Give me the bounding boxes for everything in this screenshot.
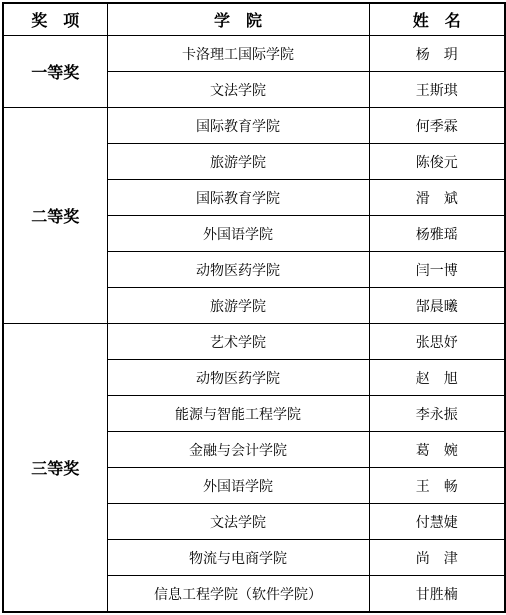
college-cell: 卡洛理工国际学院 bbox=[107, 36, 369, 72]
table-row: 三等奖艺术学院张思妤 bbox=[3, 324, 505, 360]
college-cell: 外国语学院 bbox=[107, 468, 369, 504]
name-cell: 闫一博 bbox=[369, 252, 505, 288]
table-row: 二等奖国际教育学院何季霖 bbox=[3, 108, 505, 144]
name-cell: 李永振 bbox=[369, 396, 505, 432]
college-cell: 物流与电商学院 bbox=[107, 540, 369, 576]
table-row: 一等奖卡洛理工国际学院杨 玥 bbox=[3, 36, 505, 72]
name-cell: 付慧婕 bbox=[369, 504, 505, 540]
name-cell: 杨 玥 bbox=[369, 36, 505, 72]
name-cell: 杨雅瑶 bbox=[369, 216, 505, 252]
name-cell: 葛 婉 bbox=[369, 432, 505, 468]
award-cell: 二等奖 bbox=[3, 108, 107, 324]
document-page: 奖 项 学 院 姓 名 一等奖卡洛理工国际学院杨 玥文法学院王斯琪二等奖国际教育… bbox=[0, 0, 506, 615]
table-body: 一等奖卡洛理工国际学院杨 玥文法学院王斯琪二等奖国际教育学院何季霖旅游学院陈俊元… bbox=[3, 36, 505, 613]
name-cell: 王斯琪 bbox=[369, 72, 505, 108]
name-cell: 张思妤 bbox=[369, 324, 505, 360]
awards-table: 奖 项 学 院 姓 名 一等奖卡洛理工国际学院杨 玥文法学院王斯琪二等奖国际教育… bbox=[2, 2, 506, 613]
name-cell: 赵 旭 bbox=[369, 360, 505, 396]
header-row: 奖 项 学 院 姓 名 bbox=[3, 3, 505, 36]
name-cell: 尚 津 bbox=[369, 540, 505, 576]
college-cell: 信息工程学院（软件学院） bbox=[107, 576, 369, 613]
college-cell: 动物医药学院 bbox=[107, 252, 369, 288]
college-cell: 能源与智能工程学院 bbox=[107, 396, 369, 432]
college-cell: 国际教育学院 bbox=[107, 180, 369, 216]
name-cell: 何季霖 bbox=[369, 108, 505, 144]
name-cell: 甘胜楠 bbox=[369, 576, 505, 613]
name-cell: 陈俊元 bbox=[369, 144, 505, 180]
college-cell: 国际教育学院 bbox=[107, 108, 369, 144]
college-cell: 金融与会计学院 bbox=[107, 432, 369, 468]
header-award: 奖 项 bbox=[3, 3, 107, 36]
college-cell: 旅游学院 bbox=[107, 288, 369, 324]
college-cell: 文法学院 bbox=[107, 72, 369, 108]
college-cell: 外国语学院 bbox=[107, 216, 369, 252]
name-cell: 滑 斌 bbox=[369, 180, 505, 216]
name-cell: 王 畅 bbox=[369, 468, 505, 504]
college-cell: 文法学院 bbox=[107, 504, 369, 540]
college-cell: 动物医药学院 bbox=[107, 360, 369, 396]
college-cell: 旅游学院 bbox=[107, 144, 369, 180]
award-cell: 三等奖 bbox=[3, 324, 107, 613]
college-cell: 艺术学院 bbox=[107, 324, 369, 360]
header-name: 姓 名 bbox=[369, 3, 505, 36]
header-college: 学 院 bbox=[107, 3, 369, 36]
award-cell: 一等奖 bbox=[3, 36, 107, 108]
name-cell: 郜晨曦 bbox=[369, 288, 505, 324]
